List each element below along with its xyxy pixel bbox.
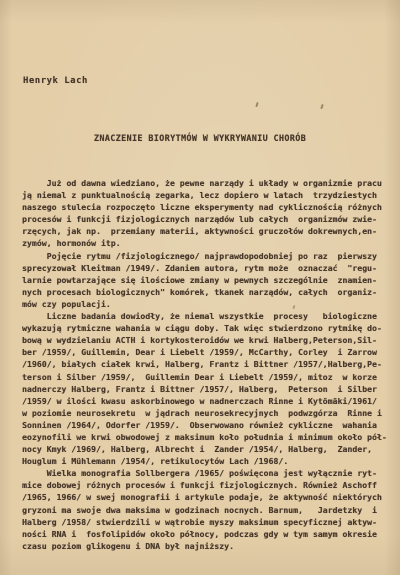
paper-speck: [320, 104, 323, 109]
paragraph: Liczne badania dowiodły, że niemal wszys…: [22, 310, 396, 467]
author-name: Henryk Lach: [23, 76, 88, 86]
document-page: Henryk Lach ZNACZENIE BIORYTMÓW W WYKRYW…: [0, 0, 400, 575]
document-body: Już od dawna wiedziano, że pewne narządy…: [22, 177, 396, 552]
paragraph: Pojęcie rytmu /fizjologicznego/ najprawd…: [22, 250, 396, 310]
paper-speck: [255, 102, 258, 107]
paragraph: Wielka monografia Sollbergera /1965/ poś…: [22, 467, 396, 552]
document-title: ZNACZENIE BIORYTMÓW W WYKRYWANIU CHORÓB: [0, 133, 400, 143]
paragraph: Już od dawna wiedziano, że pewne narządy…: [22, 177, 396, 250]
